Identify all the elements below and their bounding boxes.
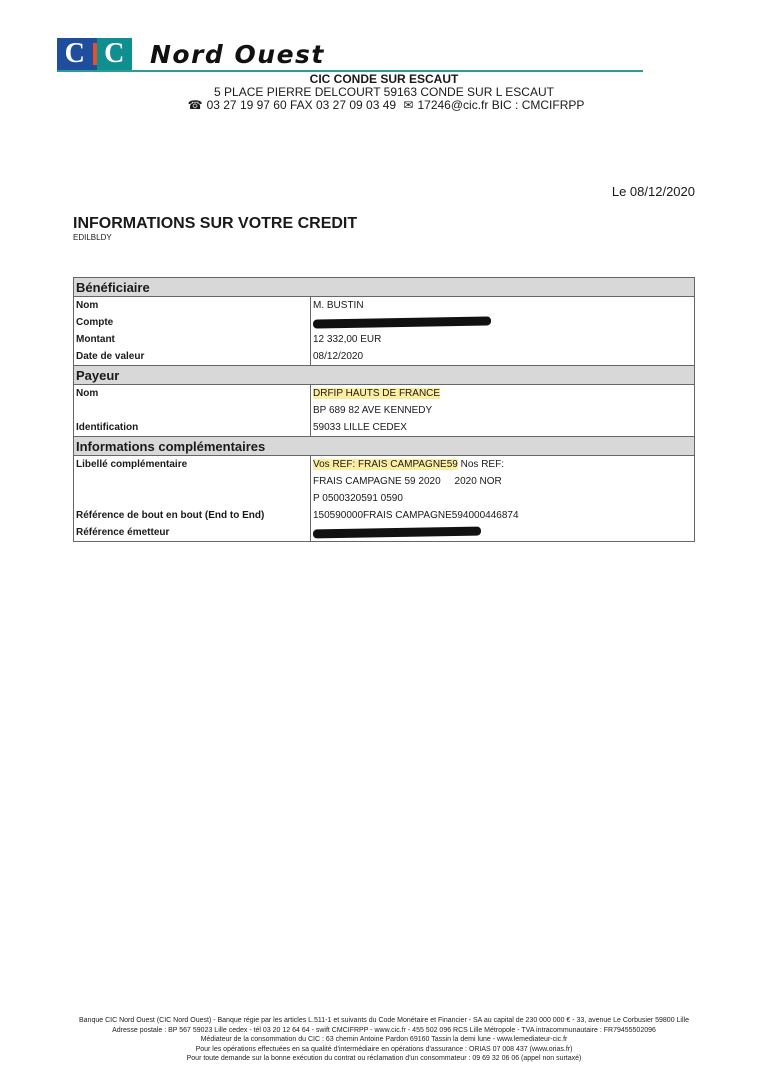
table-row: Date de valeur08/12/2020 (74, 348, 695, 366)
table-row: Référence de bout en bout (End to End)15… (74, 507, 695, 524)
row-label: Compte (74, 314, 311, 331)
table-row: Identification59033 LILLE CEDEX (74, 419, 695, 437)
row-value: M. BUSTIN (311, 297, 695, 315)
table-row: Libellé complémentaireVos REF: FRAIS CAM… (74, 456, 695, 474)
highlighted-value: Vos REF: FRAIS CAMPAGNE59 (313, 459, 458, 470)
section-header-beneficiaire: Bénéficiaire (74, 278, 695, 297)
table-row: Compte (74, 314, 695, 331)
table-row: NomDRFIP HAUTS DE FRANCE (74, 385, 695, 403)
credit-info-table: Bénéficiaire NomM. BUSTIN Compte Montant… (73, 277, 695, 542)
row-value (311, 524, 695, 542)
row-value: 12 332,00 EUR (311, 331, 695, 348)
redacted-account (313, 316, 491, 328)
table-row: BP 689 82 AVE KENNEDY (74, 402, 695, 419)
row-value (311, 314, 695, 331)
document-code: EDILBLDY (73, 233, 112, 242)
value-suffix: Nos REF: (458, 459, 504, 470)
page-title: INFORMATIONS SUR VOTRE CREDIT (73, 215, 357, 233)
row-label: Référence de bout en bout (End to End) (74, 507, 311, 524)
footer-line: Pour les opérations effectuées en sa qua… (0, 1045, 768, 1055)
legal-footer: Banque CIC Nord Ouest (CIC Nord Ouest) -… (0, 1016, 768, 1064)
section-header-payeur: Payeur (74, 366, 695, 385)
footer-line: Adresse postale : BP 567 59023 Lille ced… (0, 1026, 768, 1036)
table-row: FRAIS CAMPAGNE 59 2020 2020 NOR (74, 473, 695, 490)
row-value: 08/12/2020 (311, 348, 695, 366)
row-value: BP 689 82 AVE KENNEDY (311, 402, 695, 419)
row-label (74, 490, 311, 507)
row-label (74, 473, 311, 490)
row-value: 150590000FRAIS CAMPAGNE594000446874 (311, 507, 695, 524)
row-label: Référence émetteur (74, 524, 311, 542)
row-label: Nom (74, 297, 311, 315)
email-bic: 17246@cic.fr BIC : CMCIFRPP (417, 98, 584, 112)
row-value: Vos REF: FRAIS CAMPAGNE59 Nos REF: (311, 456, 695, 474)
row-label: Libellé complémentaire (74, 456, 311, 474)
table-row: Montant12 332,00 EUR (74, 331, 695, 348)
highlighted-value: DRFIP HAUTS DE FRANCE (313, 388, 440, 399)
row-label: Date de valeur (74, 348, 311, 366)
phone-fax: 03 27 19 97 60 FAX 03 27 09 03 49 (207, 98, 397, 112)
row-value: P 0500320591 0590 (311, 490, 695, 507)
envelope-icon: ✉ (403, 98, 413, 112)
branch-contact: ☎03 27 19 97 60 FAX 03 27 09 03 49 ✉1724… (0, 99, 768, 112)
phone-icon: ☎ (188, 98, 203, 112)
redacted-reference (313, 526, 481, 538)
row-label: Montant (74, 331, 311, 348)
logo-letter-c: C (97, 38, 133, 70)
logo-letter-c: C (57, 38, 93, 70)
row-label: Nom (74, 385, 311, 403)
row-value: FRAIS CAMPAGNE 59 2020 2020 NOR (311, 473, 695, 490)
table-row: NomM. BUSTIN (74, 297, 695, 315)
row-label: Identification (74, 419, 311, 437)
row-value: 59033 LILLE CEDEX (311, 419, 695, 437)
table-row: P 0500320591 0590 (74, 490, 695, 507)
section-header-complementaires: Informations complémentaires (74, 437, 695, 456)
footer-line: Banque CIC Nord Ouest (CIC Nord Ouest) -… (0, 1016, 768, 1026)
row-value: DRFIP HAUTS DE FRANCE (311, 385, 695, 403)
footer-line: Pour toute demande sur la bonne exécutio… (0, 1054, 768, 1064)
cic-logo: C C (57, 38, 132, 70)
footer-line: Médiateur de la consommation du CIC : 63… (0, 1035, 768, 1045)
document-date: Le 08/12/2020 (612, 184, 695, 199)
brand-name: Nord Ouest (150, 40, 325, 69)
row-label (74, 402, 311, 419)
table-row: Référence émetteur (74, 524, 695, 542)
